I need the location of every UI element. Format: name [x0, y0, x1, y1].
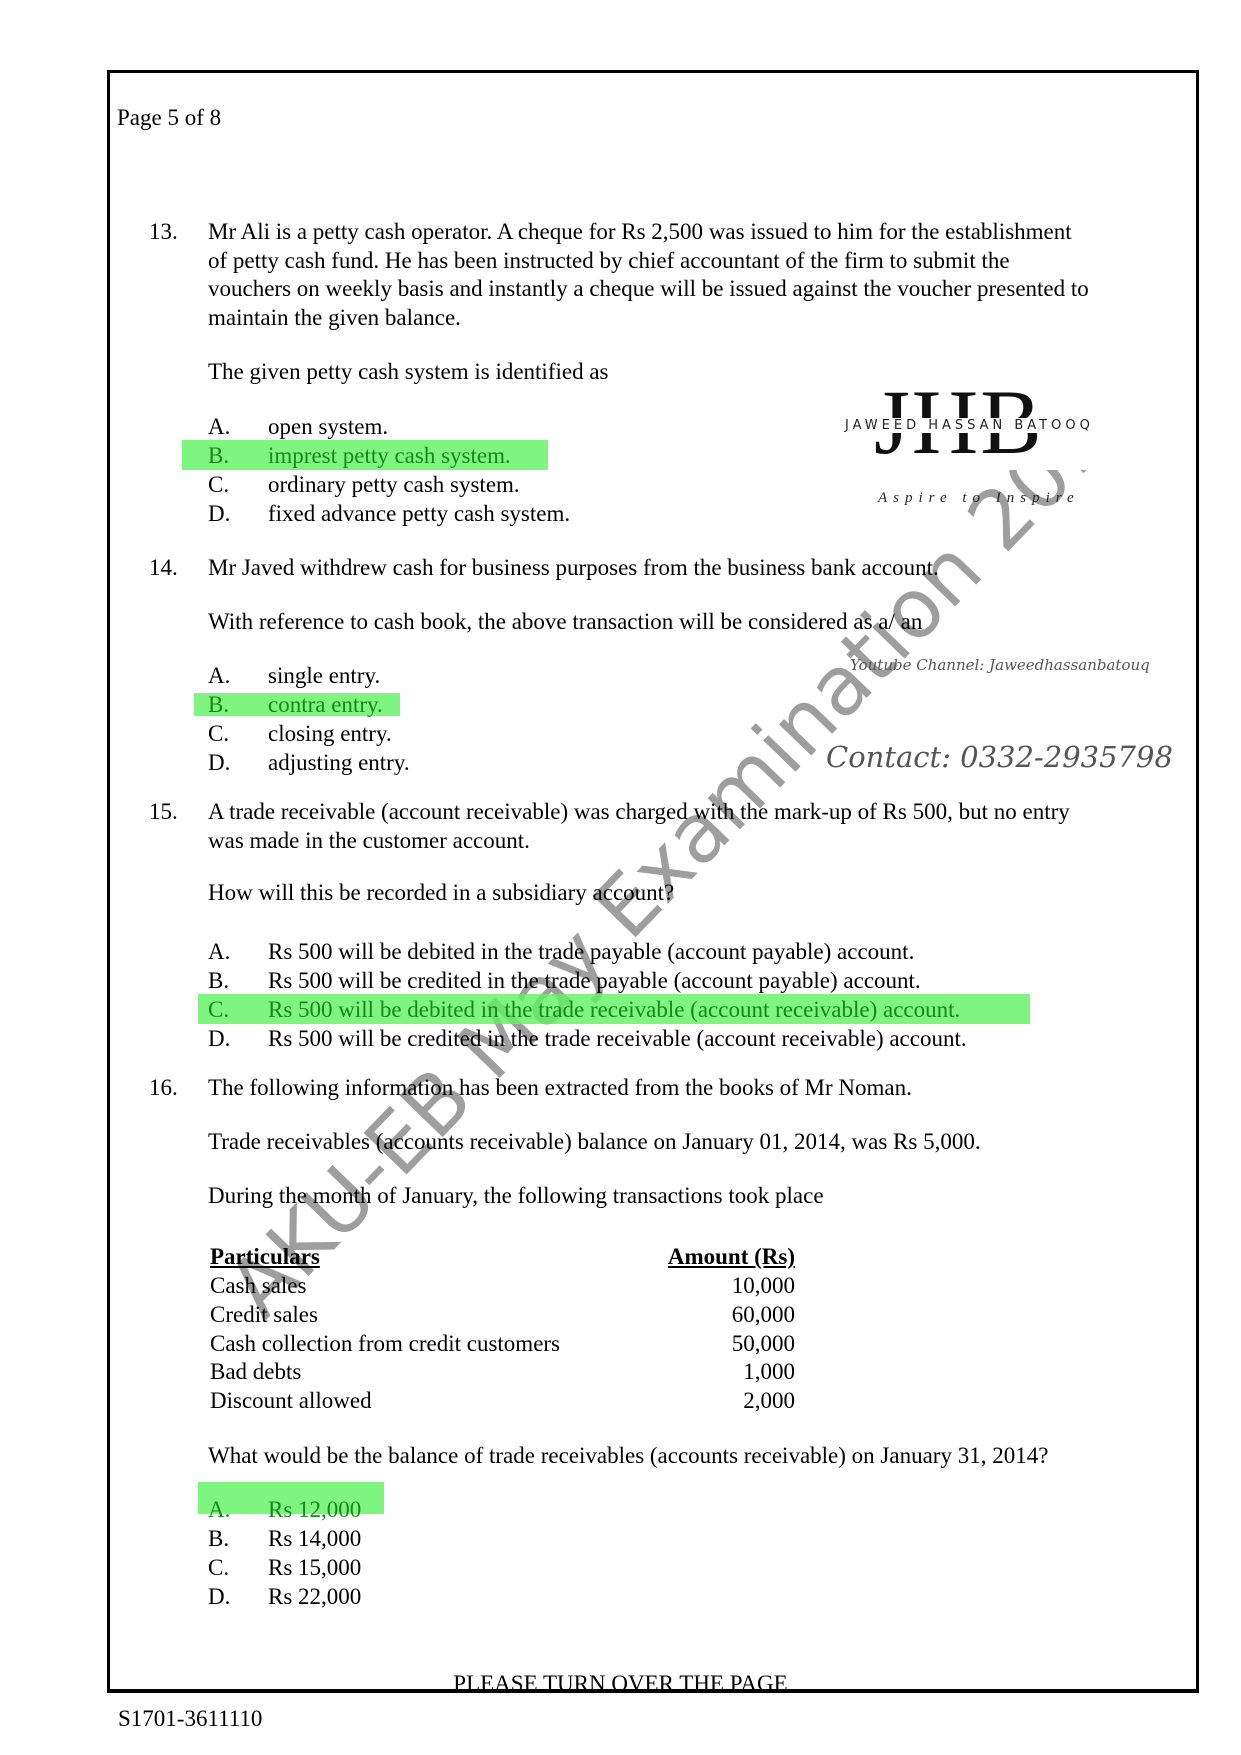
- option-letter: A.: [208, 1496, 230, 1524]
- youtube-channel: Youtube Channel: Jaweedhassanbatouq: [850, 656, 1150, 674]
- option-text: open system.: [268, 413, 388, 441]
- option-letter: B.: [208, 967, 229, 995]
- question-text-line: The following information has been extra…: [208, 1074, 912, 1102]
- question-paragraph: Trade receivables (accounts receivable) …: [208, 1128, 981, 1156]
- option-text: Rs 500 will be credited in the trade rec…: [268, 1025, 967, 1053]
- question-number: 15.: [149, 798, 178, 826]
- option-text: closing entry.: [268, 720, 392, 748]
- table-cell-particular: Credit sales: [210, 1301, 318, 1329]
- question-prompt: How will this be recorded in a subsidiar…: [208, 879, 674, 907]
- option-letter: C.: [208, 1554, 229, 1582]
- table-cell-amount: 50,000: [615, 1330, 795, 1358]
- option-text: Rs 14,000: [268, 1525, 361, 1553]
- option-text: Rs 500 will be credited in the trade pay…: [268, 967, 921, 995]
- table-cell-particular: Cash collection from credit customers: [210, 1330, 560, 1358]
- option-letter: D.: [208, 749, 230, 777]
- option-text-correct: Rs 12,000: [268, 1496, 361, 1524]
- question-number: 14.: [149, 554, 178, 582]
- logo-tagline: Aspire to Inspire: [878, 490, 1080, 507]
- question-number: 16.: [149, 1074, 178, 1102]
- option-letter: B.: [208, 1525, 229, 1553]
- option-text: Rs 15,000: [268, 1554, 361, 1582]
- question-prompt: What would be the balance of trade recei…: [208, 1442, 1048, 1470]
- question-text-line: Mr Javed withdrew cash for business purp…: [208, 554, 939, 582]
- page-number: Page 5 of 8: [117, 104, 221, 132]
- question-text-line: of petty cash fund. He has been instruct…: [208, 247, 1010, 275]
- option-text: ordinary petty cash system.: [268, 471, 520, 499]
- table-cell-amount: 10,000: [615, 1272, 795, 1300]
- option-text-correct: contra entry.: [268, 691, 383, 719]
- question-text-line: Mr Ali is a petty cash operator. A chequ…: [208, 218, 1072, 246]
- option-letter: B.: [208, 442, 229, 470]
- option-text-correct: Rs 500 will be debited in the trade rece…: [268, 996, 960, 1024]
- table-cell-amount: 1,000: [615, 1358, 795, 1386]
- option-text: single entry.: [268, 662, 380, 690]
- table-header-particulars: Particulars: [210, 1243, 320, 1271]
- option-text: Rs 22,000: [268, 1583, 361, 1611]
- contact-number: Contact: 0332-2935798: [826, 740, 1173, 774]
- question-text-line: was made in the customer account.: [208, 827, 530, 855]
- option-letter: B.: [208, 691, 229, 719]
- question-text-line: A trade receivable (account receivable) …: [208, 798, 1070, 826]
- question-text-line: maintain the given balance.: [208, 304, 461, 332]
- table-cell-particular: Bad debts: [210, 1358, 301, 1386]
- table-cell-particular: Cash sales: [210, 1272, 306, 1300]
- option-letter: D.: [208, 500, 230, 528]
- option-letter: A.: [208, 413, 230, 441]
- question-prompt: The given petty cash system is identifie…: [208, 358, 609, 386]
- table-cell-particular: Discount allowed: [210, 1387, 372, 1415]
- turn-over-notice: PLEASE TURN OVER THE PAGE: [0, 1670, 1241, 1698]
- paper-code: S1701-3611110: [118, 1705, 262, 1733]
- logo-name: JAWEED HASSAN BATOOQ: [842, 418, 1097, 433]
- question-paragraph: During the month of January, the followi…: [208, 1182, 824, 1210]
- question-number: 13.: [149, 218, 178, 246]
- option-text: adjusting entry.: [268, 749, 410, 777]
- option-letter: C.: [208, 720, 229, 748]
- jhb-logo: JHB JAWEED HASSAN BATOOQ Aspire to Inspi…: [840, 380, 1140, 520]
- option-letter: C.: [208, 996, 229, 1024]
- option-letter: D.: [208, 1583, 230, 1611]
- watermark-container: AKU-EB May Examination 2017: [110, 470, 1110, 1370]
- option-text-correct: imprest petty cash system.: [268, 442, 511, 470]
- question-prompt: With reference to cash book, the above t…: [208, 608, 922, 636]
- option-letter: A.: [208, 662, 230, 690]
- option-letter: A.: [208, 938, 230, 966]
- option-text: fixed advance petty cash system.: [268, 500, 570, 528]
- option-text: Rs 500 will be debited in the trade paya…: [268, 938, 914, 966]
- table-header-amount: Amount (Rs): [615, 1243, 795, 1271]
- option-letter: C.: [208, 471, 229, 499]
- table-cell-amount: 2,000: [615, 1387, 795, 1415]
- option-letter: D.: [208, 1025, 230, 1053]
- question-text-line: vouchers on weekly basis and instantly a…: [208, 275, 1089, 303]
- table-cell-amount: 60,000: [615, 1301, 795, 1329]
